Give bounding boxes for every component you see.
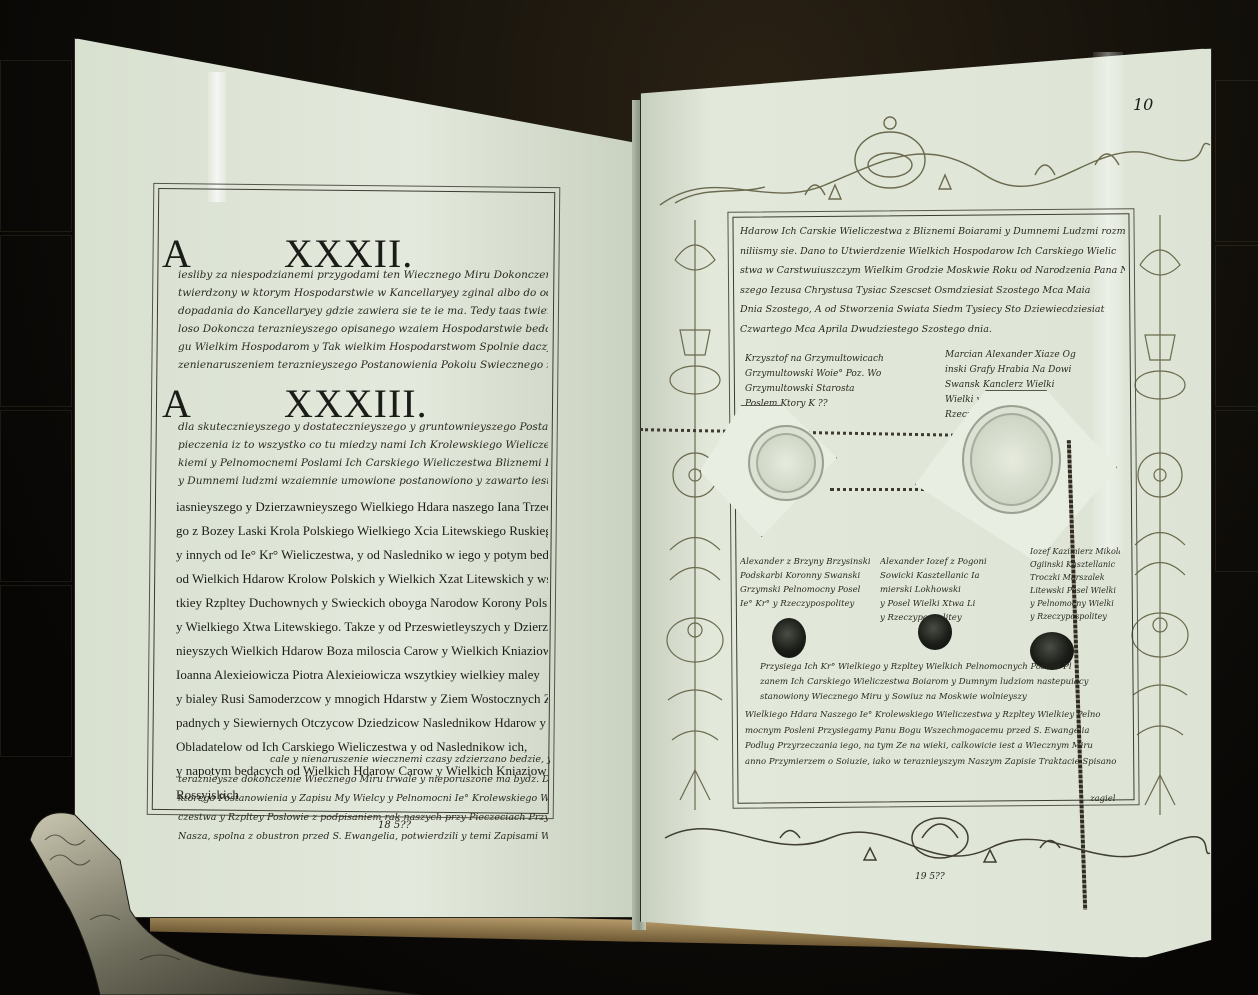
text-line: szego Iezusa Chrystusa Tysiac Szescset O… — [740, 281, 1125, 301]
text-line: Podlug Przyrzeczania iego, na tym Ze na … — [745, 739, 1120, 755]
text-line: mocnym Posleni Przysiegamy Panu Bogu Wsz… — [745, 724, 1120, 740]
ratification-text: Hdarow Ich Carskie Wieliczestwa z Blizne… — [740, 222, 1125, 339]
text-line: tkiey Rzpltey Duchownych y Swieckich obo… — [176, 591, 548, 615]
signature-line: Alexander z Brzyny Brzysinski — [740, 555, 870, 569]
text-line: zanem Ich Carskiego Wieliczestwa Boiarom… — [760, 675, 1120, 690]
signature-line: Podskarbi Koronny Swanski — [740, 569, 870, 583]
text-line: Wielkiego Hdara Naszego Ie° Krolewskiego… — [745, 708, 1120, 724]
text-line: Dnia Szostego, A od Stworzenia Swiata Si… — [740, 300, 1125, 320]
oath-text: Przysiega Ich Kr° Wielkiego y Rzpltey Wi… — [760, 660, 1120, 705]
signature-line: y Rzeczypospolitey — [1030, 610, 1120, 623]
brick — [1215, 80, 1258, 242]
text-line: nieyszych Wielkich Hdarow Boza miloscia … — [176, 639, 548, 663]
signature-line: Sowicki Kasztellanic Ia — [880, 569, 1000, 583]
text-line: iasnieyszego y Dzierzawnieyszego Wielkie… — [176, 495, 548, 519]
signature-line: Iozef Kazimierz Mikolaj — [1030, 545, 1120, 558]
tape-strip — [208, 72, 226, 202]
text-line: padnych y Siewiernych Otczycow Dziedzico… — [176, 711, 548, 735]
signature-block: Alexander z Brzyny Brzysinski Podskarbi … — [740, 555, 870, 611]
text-line: go z Bozey Laski Krola Polskiego Wielkie… — [176, 519, 548, 543]
ornamental-top-border — [655, 115, 1215, 215]
text-line: stwa w Carstwuiuszczym Wielkim Grodzie M… — [740, 261, 1125, 281]
brick — [1215, 245, 1258, 407]
signature-line: y Pelnomocny Wielki — [1030, 597, 1120, 610]
text-line: anno Przymierzem o Soiuzie, iako w teraz… — [745, 755, 1120, 771]
text-line: cale y nienaruszenie wiecznemi czasy zdz… — [270, 750, 550, 769]
text-line: Przysiega Ich Kr° Wielkiego y Rzpltey Wi… — [760, 660, 1120, 675]
signature-line: Krzysztof na Grzymultowicach — [745, 352, 915, 367]
text-line: dopadania do Kancellaryey gdzie zawiera … — [178, 302, 548, 320]
text-line: y Dumnemi ludzmi wzaiemnie umowione post… — [178, 472, 548, 490]
oath-text-continued: Wielkiego Hdara Naszego Ie° Krolewskiego… — [745, 708, 1120, 770]
signature-line: Grzymski Pelnomocny Posel — [740, 583, 870, 597]
signature-line: Alexander Iozef z Pogoni — [880, 555, 1000, 569]
signature-line: Litewski Posel Wielki — [1030, 584, 1120, 597]
signature-line: Ogiinski Kasztellanic — [1030, 558, 1120, 571]
article-32-text: iesliby za niespodzianemi przygodami ten… — [178, 266, 548, 374]
black-wax-seal — [918, 614, 952, 650]
brick — [0, 235, 72, 407]
text-line: gu Wielkim Hospodarom y Tak wielkim Hosp… — [178, 338, 548, 356]
article-33-script: dla skutecznieyszego y dostatecznieyszeg… — [178, 418, 548, 490]
signature-line: y Posel Wielki Xtwa Li — [880, 597, 1000, 611]
signature-line: Ie° Kr° y Rzeczypospolitey — [740, 597, 870, 611]
signature-line: inski Grafy Hrabia Na Dowi — [945, 363, 1120, 378]
text-line: teraznieysze dokonczenie Wiecznego Miru … — [178, 770, 548, 789]
signature-block: Iozef Kazimierz Mikolaj Ogiinski Kasztel… — [1030, 545, 1120, 623]
silver-vessel-handle — [0, 800, 420, 995]
text-line: kiemi y Pelnomocnemi Poslami Ich Carskie… — [178, 454, 548, 472]
text-line: zagiel — [1090, 790, 1115, 808]
embossed-seal — [962, 405, 1061, 514]
text-line: zenienaruszeniem teraznieyszego Postanow… — [178, 356, 548, 374]
page-number: 10 — [1133, 95, 1153, 114]
brick — [0, 60, 72, 232]
brick — [0, 410, 72, 582]
signature-line: Troczki Marszalek — [1030, 571, 1120, 584]
brick — [0, 585, 72, 757]
text-line: loso Dokoncza teraznieyszego opisanego w… — [178, 320, 548, 338]
text-line: od Wielkich Hdarow Krolow Polskich y Wie… — [176, 567, 548, 591]
ornamental-right-column — [1125, 215, 1195, 815]
text-line: Hdarow Ich Carskie Wieliczestwa z Blizne… — [740, 222, 1125, 242]
text-line: twierdzony w ktorym Hospodarstwie w Kanc… — [178, 284, 548, 302]
signature-line: Grzymultowski Woie° Poz. Wo — [745, 367, 915, 382]
text-line: y innych od Ie° Kr° Wieliczestwa, y od N… — [176, 543, 548, 567]
signature-line: Grzymultowski Starosta — [745, 382, 915, 397]
text-line: niliismy sie. Dano to Utwierdzenie Wielk… — [740, 242, 1125, 262]
text-line: iesliby za niespodzianemi przygodami ten… — [178, 266, 548, 284]
text-line-end: zagiel — [1090, 790, 1115, 808]
text-line: stanowiony Wiecznego Miru y Sowiuz na Mo… — [760, 690, 1120, 705]
text-line: pieczenia iz to wszystko co tu miedzy na… — [178, 436, 548, 454]
text-line: y Wielkiego Xtwa Litewskiego. Takze y od… — [176, 615, 548, 639]
signature-line: mierski Lokhowski — [880, 583, 1000, 597]
article-33-closing-first: cale y nienaruszenie wiecznemi czasy zdz… — [270, 750, 550, 769]
signature-line: Marcian Alexander Xiaze Og — [945, 348, 1120, 363]
embossed-seal — [748, 425, 824, 501]
text-line: y bialey Rusi Samoderzcow y mnogich Hdar… — [176, 687, 548, 711]
folio-mark-right: 19 5?? — [915, 872, 945, 882]
brick — [1215, 410, 1258, 572]
text-line: Czwartego Mca Aprila Dwudziestego Szoste… — [740, 320, 1125, 340]
black-wax-seal — [772, 618, 806, 658]
text-line: dla skutecznieyszego y dostatecznieyszeg… — [178, 418, 548, 436]
text-line: Ioanna Alexieiowicza Piotra Alexieiowicz… — [176, 663, 548, 687]
ornamental-left-column — [660, 220, 730, 810]
signature-block: Krzysztof na Grzymultowicach Grzymultows… — [745, 352, 915, 412]
